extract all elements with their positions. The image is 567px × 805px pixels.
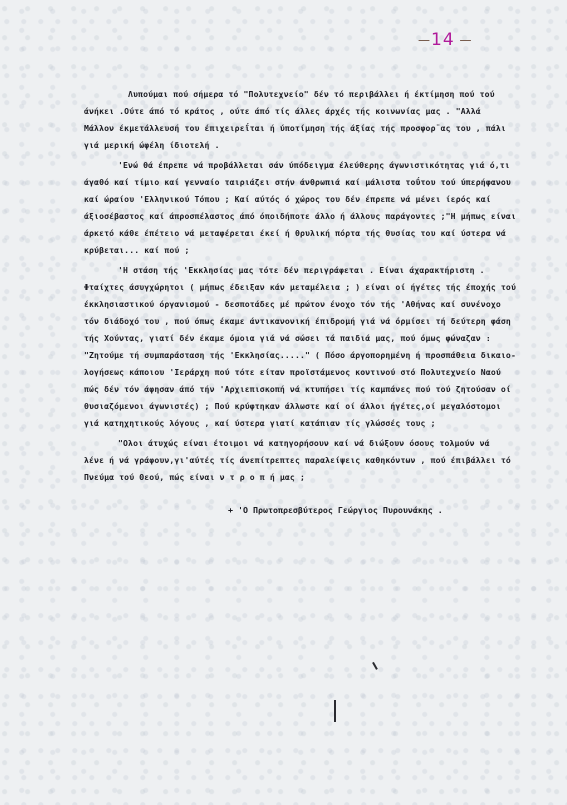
text-line: κρύβεται... καί πού ; bbox=[84, 245, 189, 255]
text-line: έκκλησιαστικού όργανισμού - δεσποτάδες μ… bbox=[84, 299, 501, 309]
text-line: "Ζητούμε τή συμπαράσταση τής 'Εκκλησίας.… bbox=[84, 350, 516, 360]
text-line: άνήκει .Ούτε άπό τό κράτος , ούτε άπό τί… bbox=[84, 106, 481, 116]
text-line: άξιοσέβαστος καί άπροσπέλαστος άπό όποιδ… bbox=[84, 211, 516, 221]
dash-right: — bbox=[455, 33, 473, 47]
text-line: λένε ή νά γράφουν,γι'αύτές τίς άνεπίτρεπ… bbox=[84, 455, 511, 465]
dash-left: — bbox=[418, 33, 431, 47]
text-line: 'Η στάση τής 'Εκκλησίας μας τότε δέν περ… bbox=[118, 265, 485, 275]
page-number-value: 14 bbox=[431, 30, 455, 50]
text-line: άρκετό κάθε έπέτειο νά μεταφέρεται έκεί … bbox=[84, 228, 506, 238]
text-line: καί ώραίου 'Ελληνικού Τόπου ; Καί αύτός … bbox=[84, 194, 491, 204]
text-line: 'Ενώ θά έπρεπε νά προβάλλεται σάν ύπόδει… bbox=[118, 160, 510, 170]
signature: + 'Ο Πρωτοπρεσβύτερος Γεώργιος Πυρουνάκη… bbox=[228, 505, 443, 515]
text-line: Λυπούμαι πού σήμερα τό "Πολυτεχνείο" δέν… bbox=[128, 89, 495, 99]
text-line: τόν διάδοχό του , πού όπως έκαμε άντικαν… bbox=[84, 316, 511, 326]
text-line: λογήσεως κάποιου 'Ιεράρχη πού τότε είταν… bbox=[84, 367, 501, 377]
typewritten-page: —14 — Λυπούμαι πού σήμερα τό "Πολυτεχνεί… bbox=[0, 0, 567, 805]
text-line: Πνεύμα τού Θεού, πώς είναι ν τ ρ ο π ή μ… bbox=[84, 472, 305, 482]
text-line: γιά μερική ώφέλη ίδιοτελή . bbox=[84, 140, 220, 150]
text-line: θυσιαζόμενοι άγωνιστές) ; Πού κρύφτηκαν … bbox=[84, 401, 501, 411]
paper-mark bbox=[334, 700, 336, 722]
text-line: "Ολοι άτυχώς είναι έτοιμοι νά κατηγορήσο… bbox=[118, 438, 490, 448]
text-line: τής Χούντας, γιατί δέν έκαμε όμοια γιά ν… bbox=[84, 333, 491, 343]
text-line: γιά κατηχητικούς λόγους , καί ύστερα για… bbox=[84, 418, 436, 428]
text-line: άγαθό καί τίμιο καί γενναίο ταιριάζει στ… bbox=[84, 177, 511, 187]
page-number: —14 — bbox=[418, 30, 472, 50]
text-line: Μάλλον έκμετάλλευσή του έπιχειρεΐται ή ύ… bbox=[84, 123, 506, 133]
text-line: Φταίχτες άσυγχώρητοι ( μήπως έδειξαν κάν… bbox=[84, 282, 516, 292]
text-line: πώς δέν τόν άφησαν άπό τήν 'Αρχιεπισκοπή… bbox=[84, 384, 511, 394]
paper-mark bbox=[372, 662, 377, 670]
